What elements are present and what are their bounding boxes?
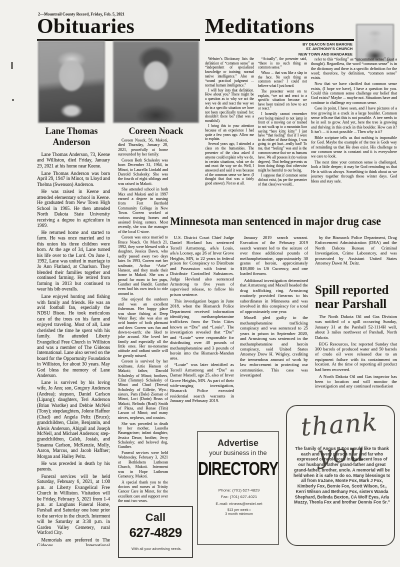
paragraph: A special thank you to the doctors and n… xyxy=(118,480,168,502)
directory-ad-line2: your business in the xyxy=(198,450,278,457)
paragraph: Now that we have clarified that common s… xyxy=(311,82,397,105)
paragraph: This investigation began in June 2018, w… xyxy=(170,299,234,361)
meditations-column-2: “Actually”, the presenter said, “there i… xyxy=(258,57,307,214)
paragraph: by the Bismarck Police Department, Drug … xyxy=(315,235,397,266)
spill-headline-line2: near Parshall xyxy=(315,297,397,311)
meditations-byline: BY DEACON DAN BARONE ST. ANTHONY'S CHURC… xyxy=(233,42,353,57)
paragraph: Coreen was once married to Bruce Noack. … xyxy=(118,235,168,296)
paragraph: He was raised in Keene and attended elem… xyxy=(37,189,110,229)
paragraph: I honestly cannot remember ever being tr… xyxy=(258,112,307,172)
obituary-name-line1: Lane Thomas xyxy=(38,126,105,137)
registration-mark xyxy=(12,99,14,101)
paragraph: The next time your common sense is chall… xyxy=(311,160,397,183)
paragraph: Lane Thomas Anderson was born April 29, … xyxy=(37,170,110,187)
paragraph: Case in point, I have seen, and I have p… xyxy=(311,106,397,134)
spill-article-text: The North Dakota Oil and Gas Division wa… xyxy=(315,314,397,404)
paragraph: Coreen is survived by her soulmate, Arti… xyxy=(118,359,168,420)
paragraph: Lane Thomas Anderson, 73, Keene and Will… xyxy=(37,152,110,169)
obituaries-section-title: Obituaries xyxy=(37,16,135,37)
directory-ad-fax: Fax: (701) 627-4021 xyxy=(200,495,278,500)
paragraph: He returned home and started to farm. He… xyxy=(37,230,110,292)
directory-ad-contacts: Phone: (701) 627-4829 Fax: (701) 627-402… xyxy=(200,488,278,528)
paragraph: Several years ago, I attended a class on… xyxy=(205,142,254,185)
paragraph: Coreen Noack, 56, Makoti, died Thursday,… xyxy=(118,138,168,157)
lane-anderson-photo xyxy=(38,41,105,123)
drug-article-col-a: U.S. District Court Chief Judge Daniel H… xyxy=(170,235,234,421)
drug-article-col-c: by the Bismarck Police Department, Drug … xyxy=(315,235,397,280)
paragraph: I bring this to your attention because o… xyxy=(205,124,254,141)
paragraph: Additional investigation determined that… xyxy=(240,278,308,314)
obituary-name-line2: Anderson xyxy=(38,137,105,148)
paragraph: Whoa ... that was like a slap in the fac… xyxy=(258,71,307,88)
paragraph: I will buy into that definition. How abo… xyxy=(205,88,254,123)
drug-article-headline: Minnesota man sentenced in major drug ca… xyxy=(170,216,398,232)
spill-headline-line1: Spill reported xyxy=(315,283,397,297)
paragraph: The North Dakota Oil and Gas Division wa… xyxy=(315,314,397,340)
obituary-name-lane: Lane Thomas Anderson xyxy=(38,126,105,148)
paragraph: He was preceded in death by his parents. xyxy=(37,461,110,472)
paragraph: January 2019 search warrant. Execution o… xyxy=(240,235,308,277)
directory-ad-phone: Phone: (701) 627-4829 xyxy=(200,488,278,493)
deacon-photo xyxy=(356,24,394,61)
paragraph: “Louie” was later identified as Terrell … xyxy=(170,362,234,404)
paragraph: “Actually”, the presenter said, “there i… xyxy=(258,57,307,70)
thank-you-notice: thank you The family of Angus B Fox woul… xyxy=(286,405,395,546)
obituary-coreen-text: Coreen Noack, 56, Makoti, died Thursday,… xyxy=(118,138,168,502)
paragraph: The presenter went on to explain, “we ac… xyxy=(258,89,307,111)
directory-ad: Advertise your business in the DIRECTORY… xyxy=(197,431,279,545)
paragraph: Funeral services will be held Saturday, … xyxy=(37,473,110,535)
directory-ad-email: E-mail: ntnews@restel.net xyxy=(200,501,278,506)
call-ad: Call 627-4829 With all your advertising … xyxy=(118,506,193,558)
meditations-column-3: refer to this “feeling” as “uncommon sen… xyxy=(311,57,397,214)
paragraph: Webster’s Dictionary lists the definitio… xyxy=(205,57,254,87)
newspaper-page: { "page": { "header": "2—Mountrail Count… xyxy=(0,0,400,567)
paragraph: U.S. District Court Chief Judge Daniel H… xyxy=(170,235,234,297)
paragraph: She attended school in both Max and Mako… xyxy=(118,187,168,234)
call-ad-tagline: With all your advertising needs. xyxy=(121,547,192,551)
obituary-name-coreen: Coreen Noack xyxy=(113,126,199,137)
paragraph: Bible scripture tells us that nothing is… xyxy=(311,135,397,158)
registration-mark xyxy=(11,62,13,69)
directory-ad-title: DIRECTORY xyxy=(198,460,278,480)
spill-article-headline: Spill reported near Parshall xyxy=(315,283,397,312)
paragraph: Lane enjoyed hunting and fishing with fa… xyxy=(37,294,110,379)
paragraph: Lane is survived by his loving wife, Jo … xyxy=(37,380,110,459)
paragraph: Coreen Beth Schalesky was born December … xyxy=(118,158,168,186)
coreen-noack-photo xyxy=(113,41,199,123)
call-ad-number: 627-4829 xyxy=(119,525,192,540)
directory-ad-line1: Advertise xyxy=(198,438,278,448)
paragraph: I suppose that if common sense did not e… xyxy=(258,174,307,187)
paragraph: refer to this “feeling” as “uncommon sen… xyxy=(311,57,397,80)
meditations-column-1: Webster’s Dictionary lists the definitio… xyxy=(205,57,254,214)
paragraph: EOG Resources, Inc reported Sunday that … xyxy=(315,341,397,372)
obituary-lane-text: Lane Thomas Anderson, 73, Keene and Will… xyxy=(37,152,110,546)
directory-ad-terms: 3 month minimum xyxy=(200,513,278,517)
thank-you-text: The family of Angus B Fox would like to … xyxy=(293,446,390,542)
paragraph: She was preceded in death by her mother,… xyxy=(118,421,168,449)
call-ad-word: Call xyxy=(119,512,192,524)
paragraph: Memorials are preferred to The Gideons I… xyxy=(37,537,110,546)
drug-article-col-b: January 2019 search warrant. Execution o… xyxy=(240,235,308,421)
paragraph: Maxell pled guilty to the methamphetamin… xyxy=(240,315,308,377)
paragraph: Funeral services were held Wednesday, Fe… xyxy=(118,451,168,479)
paragraph: A North Dakota Oil and Gas inspector has… xyxy=(315,374,397,390)
paragraph: She enjoyed the outdoors and was an exce… xyxy=(118,297,168,358)
meditations-section-title: Meditations xyxy=(205,16,315,37)
